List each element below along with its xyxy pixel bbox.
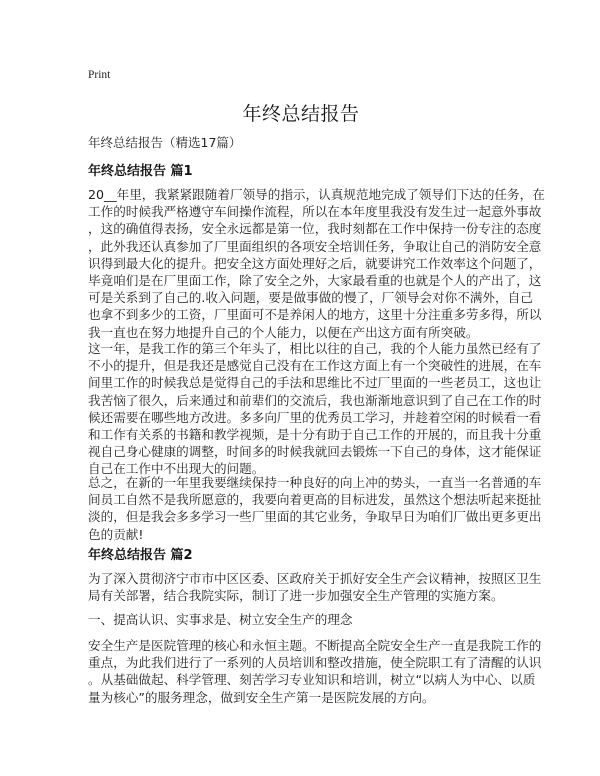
text-line: 也拿不到多少的工资，厂里面可不是养闲人的地方，这里十分注重多劳多得，所以 (88, 306, 518, 323)
section-heading-1: 年终总结报告 篇1 (88, 160, 193, 179)
text-line: 间里工作的时候我总是觉得自己的手法和思维比不过厂里面的一些老员工，这也让 (88, 374, 518, 391)
text-line: 一、提高认识、实事求是、树立安全生产的理念 (88, 611, 518, 628)
text-line: 重点，为此我们进行了一系列的人员培训和整改措施，使全院职工有了清醒的认识 (88, 654, 518, 671)
document-subtitle: 年终总结报告（精选17篇） (88, 133, 241, 151)
text-line: ，此外我还认真参加了厂里面组织的各项安全培训任务，争取让自己的消防安全意 (88, 238, 518, 255)
text-line: 我一直也在努力地提升自己的个人能力，以便在产出这方面有所突破。 (88, 324, 518, 341)
text-line: 和工作有关系的书籍和教学视频，是十分有助于自己工作的开展的，而且我十分重 (88, 426, 518, 443)
text-line: 20__年里，我紧紧跟随着厂领导的指示，认真规范地完成了领导们下达的任务，在 (88, 186, 518, 203)
text-line: 色的贡献! (88, 526, 518, 543)
text-line: 局有关部署，结合我院实际，制订了进一步加强安全生产管理的实施方案。 (88, 587, 518, 604)
text-line: 淡的，但是我会多多学习一些厂里面的其它业务，争取早日为咱们厂做出更多更出 (88, 508, 518, 525)
document-title: 年终总结报告 (88, 99, 514, 126)
text-line: 。从基础做起、科学管理、刻苦学习专业知识和培训，树立“以病人为中心、以质 (88, 671, 518, 688)
section-heading-2: 年终总结报告 篇2 (88, 544, 193, 563)
section-1-paragraph-2: 这一年，是我工作的第三个年头了，相比以往的自己，我的个人能力虽然已经有了 不小的… (88, 340, 518, 478)
text-line: 不小的提升，但是我还是感觉自己没有在工作这方面上有一个突破性的进展，在车 (88, 357, 518, 374)
text-line: 工作的时候我严格遵守车间操作流程，所以在本年度里我没有发生过一起意外事故 (88, 203, 518, 220)
section-2-paragraph-2: 安全生产是医院管理的核心和永恒主题。不断提高全院安全生产一直是我院工作的 重点，… (88, 637, 518, 706)
text-line: 为了深入贯彻济宁市市中区区委、区政府关于抓好安全生产会议精神，按照区卫生 (88, 570, 518, 587)
text-line: 可是关系到了自己的.收入问题，要是做事做的慢了，厂领导会对你不满外，自己 (88, 289, 518, 306)
text-line: 安全生产是医院管理的核心和永恒主题。不断提高全院安全生产一直是我院工作的 (88, 637, 518, 654)
section-1-paragraph-1: 20__年里，我紧紧跟随着厂领导的指示，认真规范地完成了领导们下达的任务，在 工… (88, 186, 518, 341)
text-line: 这一年，是我工作的第三个年头了，相比以往的自己，我的个人能力虽然已经有了 (88, 340, 518, 357)
text-line: 量为核心”的服务理念，做到安全生产第一是医院发展的方向。 (88, 689, 518, 706)
text-line: 视自己身心健康的调整，时间多的时候我就回去锻炼一下自己的身体，这才能保证 (88, 443, 518, 460)
text-line: 间员工自然不是我所愿意的，我要向着更高的目标进发，虽然这个想法听起来挺扯 (88, 491, 518, 508)
section-1-paragraph-3: 总之，在新的一年里我要继续保持一种良好的向上冲的势头，一直当一名普通的车 间员工… (88, 474, 518, 543)
text-line: 候还需要在哪些地方改进。多多向厂里的优秀员工学习，并趁着空闲的时候看一看 (88, 409, 518, 426)
section-2-paragraph-1: 为了深入贯彻济宁市市中区区委、区政府关于抓好安全生产会议精神，按照区卫生 局有关… (88, 570, 518, 604)
text-line: 总之，在新的一年里我要继续保持一种良好的向上冲的势头，一直当一名普通的车 (88, 474, 518, 491)
print-label[interactable]: Print (88, 69, 110, 81)
text-line: 我苦恼了很久，后来通过和前辈们的交流后，我也渐渐地意识到了自己在工作的时 (88, 392, 518, 409)
text-line: 识得到最大化的提升。把安全这方面处理好之后，就要讲究工作效率这个问题了， (88, 255, 518, 272)
section-2-subheading: 一、提高认识、实事求是、树立安全生产的理念 (88, 611, 518, 628)
text-line: ，这的确值得表扬，安全永远都是第一位，我时刻都在工作中保持一份专注的态度 (88, 220, 518, 237)
text-line: 毕竟咱们是在厂里面工作，除了安全之外，大家最看重的也就是个人的产出了，这 (88, 272, 518, 289)
